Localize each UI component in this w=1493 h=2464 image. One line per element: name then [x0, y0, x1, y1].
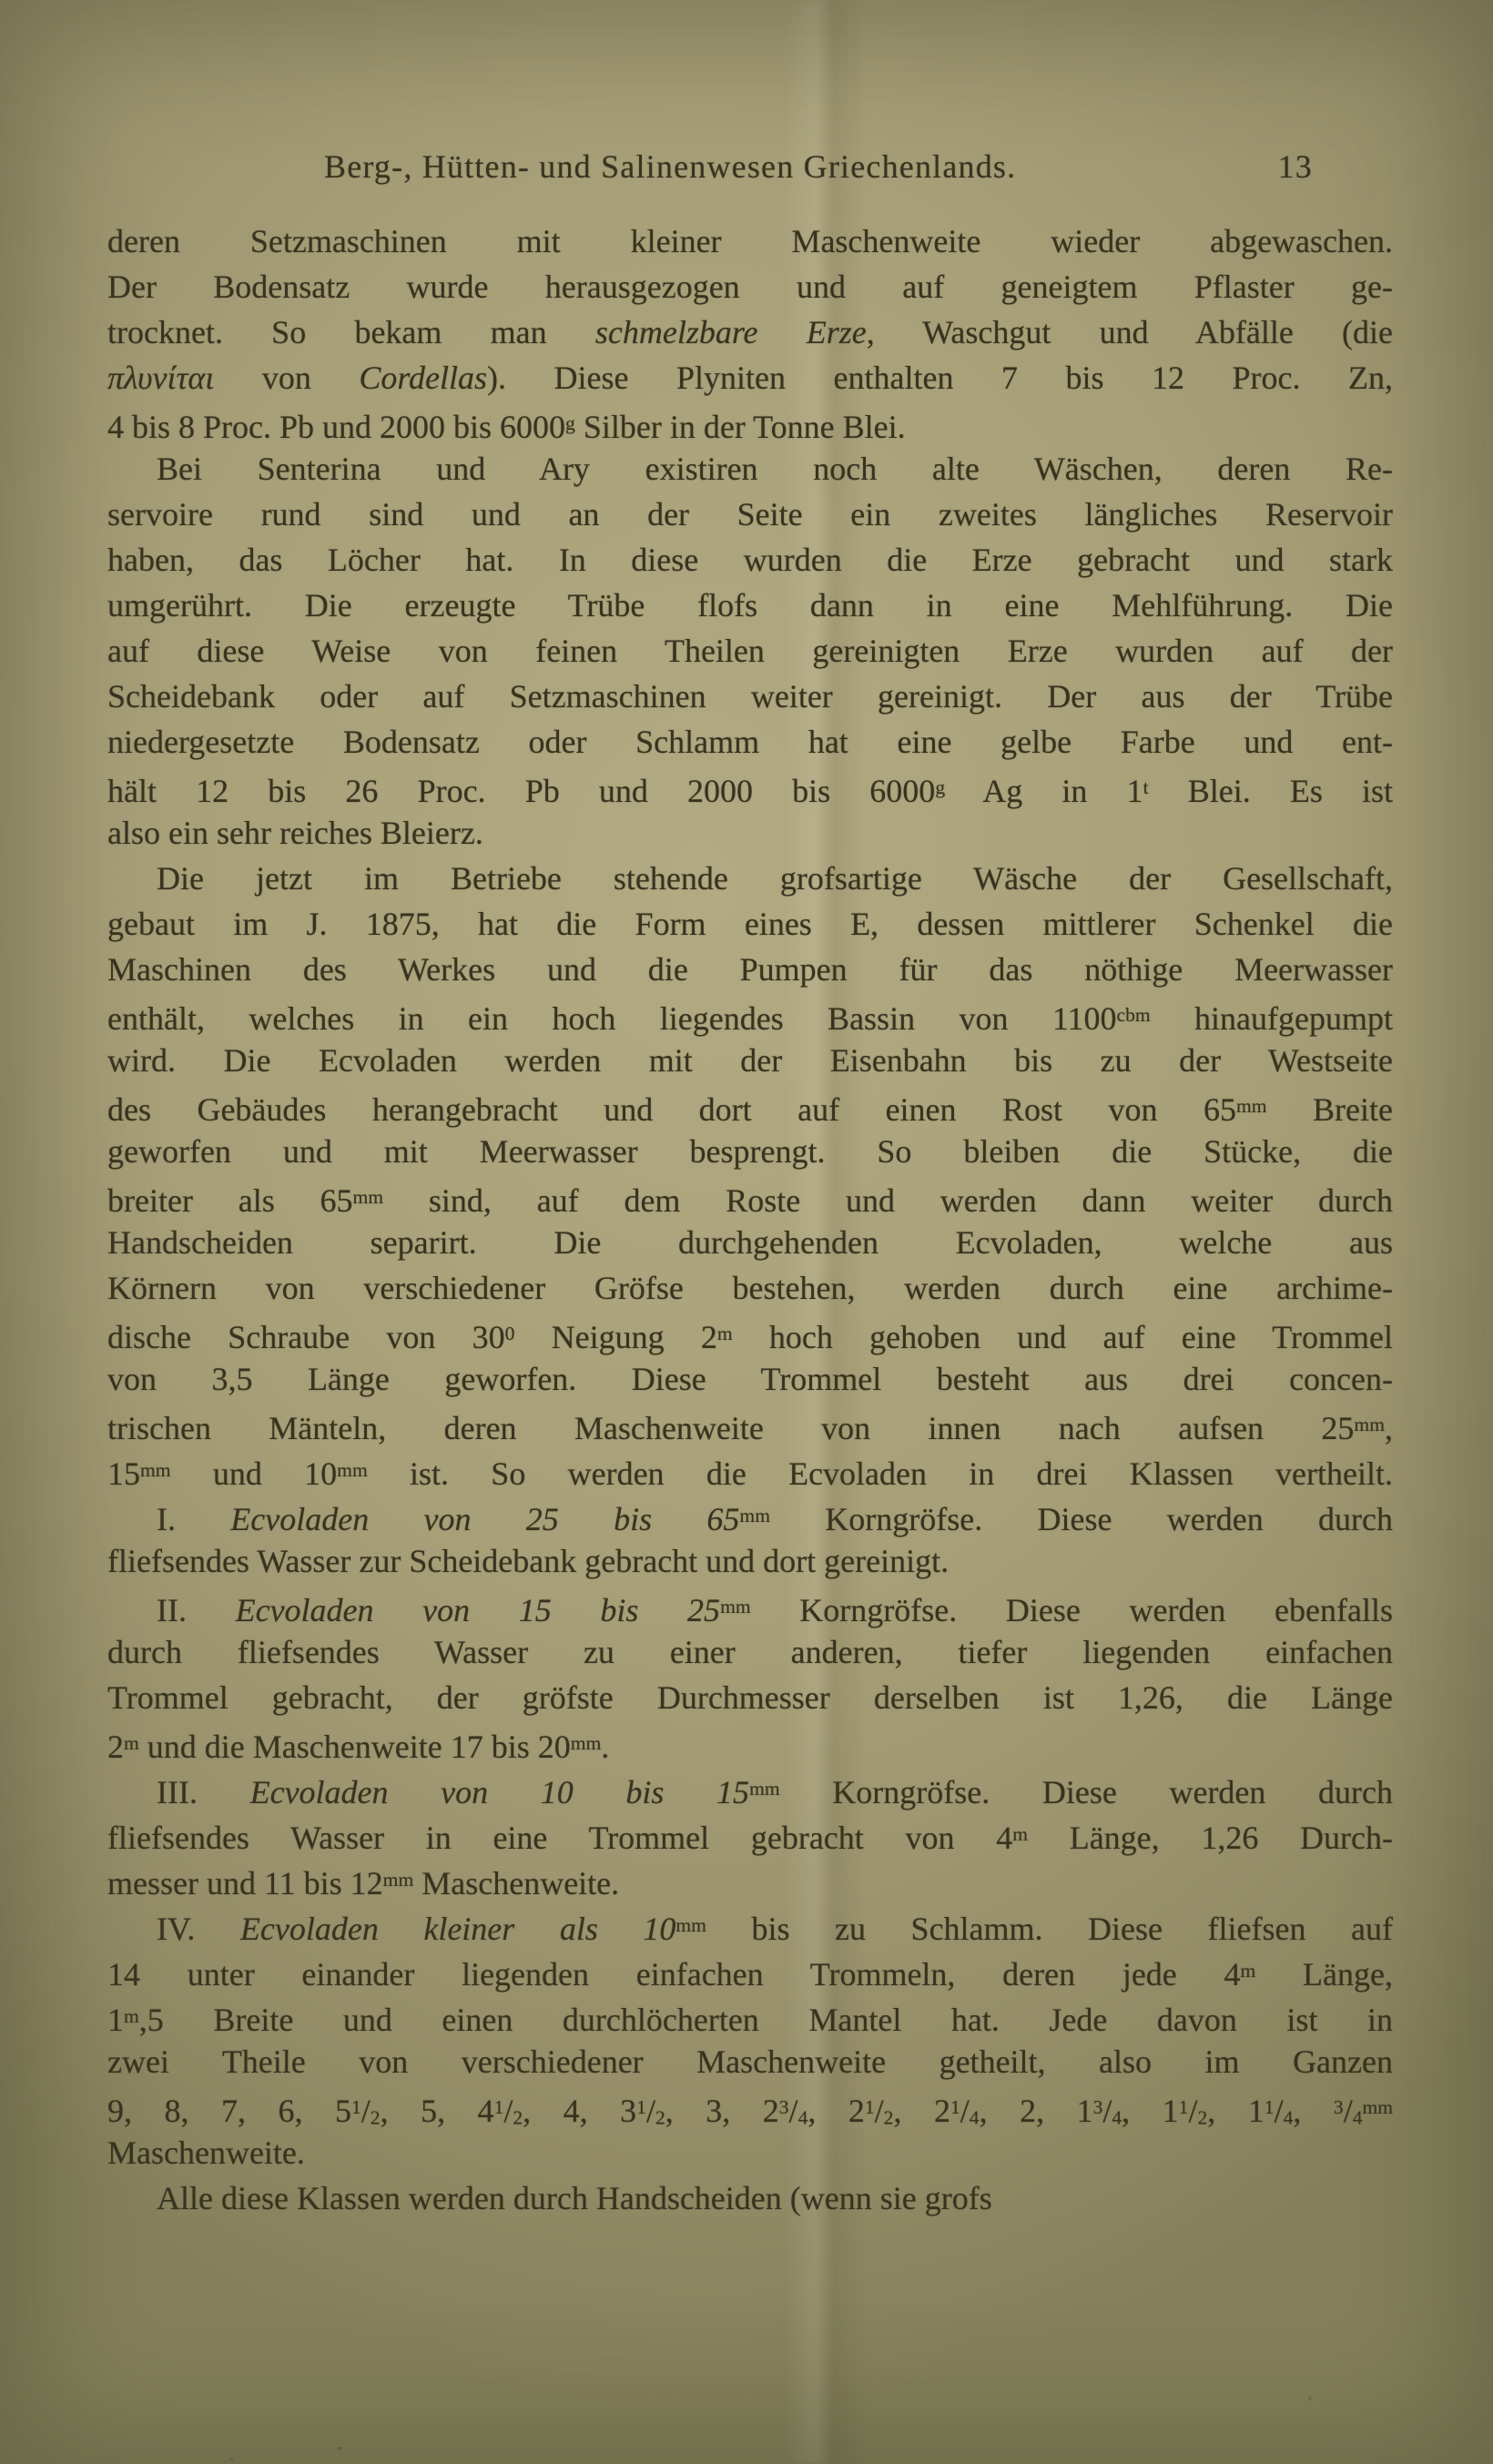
- text-line: πλυνίται von Cordellas). Diese Plyniten …: [107, 355, 1393, 401]
- superscript-text: m: [124, 1732, 139, 1754]
- plain-text: Der Bodensatz wurde herausgezogen und au…: [107, 269, 1393, 305]
- plain-text: servoire rund sind und an der Seite ein …: [107, 496, 1393, 532]
- plain-text: umgerührt. Die erzeugte Trübe flofs dann…: [107, 587, 1393, 624]
- superscript-text: 2: [513, 2107, 523, 2129]
- text-line: IV. Ecvoladen kleiner als 10mm bis zu Sc…: [107, 1902, 1393, 1948]
- text-line: Trommel gebracht, der gröfste Durchmesse…: [107, 1675, 1393, 1720]
- superscript-text: mm: [675, 1914, 706, 1936]
- plain-text: IV.: [157, 1911, 240, 1947]
- superscript-text: 3: [1334, 2096, 1344, 2118]
- running-title: Berg-, Hütten- und Salinenwesen Griechen…: [324, 146, 1016, 188]
- text-line: breiter als 65mm sind, auf dem Roste und…: [107, 1174, 1393, 1220]
- superscript-text: g: [565, 412, 575, 434]
- plain-text: breiter als 65: [107, 1182, 353, 1219]
- plain-text: trocknet. So bekam man: [107, 314, 595, 350]
- superscript-text: 2: [655, 2107, 665, 2129]
- plain-text: Maschenweite.: [107, 2134, 305, 2171]
- plain-text: , 1: [1207, 2093, 1264, 2129]
- plain-text: /: [503, 2093, 513, 2129]
- plain-text: Maschinen des Werkes und die Pumpen für …: [107, 951, 1393, 988]
- scanned-page: Berg-, Hütten- und Salinenwesen Griechen…: [0, 0, 1493, 2464]
- superscript-text: 2: [884, 2107, 894, 2129]
- plain-text: hinaufgepumpt: [1151, 1000, 1393, 1037]
- text-line: Der Bodensatz wurde herausgezogen und au…: [107, 264, 1393, 309]
- superscript-text: m: [717, 1323, 733, 1344]
- superscript-text: 2: [1197, 2107, 1207, 2129]
- plain-text: 4 bis 8 Proc. Pb und 2000 bis 6000: [107, 409, 565, 445]
- superscript-text: 4: [1284, 2107, 1294, 2129]
- plain-text: deren Setzmaschinen mit kleiner Maschenw…: [107, 223, 1393, 259]
- plain-text: Länge, 1,26 Durch-: [1028, 1820, 1393, 1856]
- plain-text: messer und 11 bis 12: [107, 1865, 383, 1901]
- paper-speck: [229, 2458, 234, 2460]
- plain-text: Scheidebank oder auf Setzmaschinen weite…: [107, 678, 1393, 715]
- superscript-text: 1: [351, 2096, 361, 2118]
- page-header: Berg-, Hütten- und Salinenwesen Griechen…: [324, 146, 1313, 188]
- plain-text: des Gebäudes herangebracht und dort auf …: [107, 1091, 1236, 1128]
- text-line: fliefsendes Wasser in eine Trommel gebra…: [107, 1811, 1393, 1857]
- superscript-text: 1: [1179, 2096, 1189, 2118]
- plain-text: , 3, 2: [665, 2093, 779, 2129]
- text-line: dische Schraube von 300 Neigung 2m hoch …: [107, 1311, 1393, 1356]
- text-line: fliefsendes Wasser zur Scheidebank gebra…: [107, 1538, 1393, 1584]
- text-line: 2m und die Maschenweite 17 bis 20mm.: [107, 1720, 1393, 1766]
- plain-text: wird. Die Ecvoladen werden mit der Eisen…: [107, 1042, 1393, 1079]
- text-line: haben, das Löcher hat. In diese wurden d…: [107, 537, 1393, 583]
- superscript-text: m: [124, 2005, 139, 2027]
- plain-text: niedergesetzte Bodensatz oder Schlamm ha…: [107, 724, 1393, 760]
- plain-text: also ein sehr reiches Bleierz.: [107, 815, 483, 851]
- plain-text: von 3,5 Länge geworfen. Diese Trommel be…: [107, 1361, 1393, 1397]
- plain-text: fliefsendes Wasser zur Scheidebank gebra…: [107, 1543, 949, 1579]
- superscript-text: mm: [353, 1186, 384, 1208]
- superscript-text: mm: [739, 1505, 770, 1526]
- superscript-text: 3: [779, 2096, 789, 2118]
- plain-text: I.: [157, 1501, 230, 1537]
- text-line: wird. Die Ecvoladen werden mit der Eisen…: [107, 1038, 1393, 1083]
- plain-text: Ag in 1: [945, 773, 1143, 809]
- text-line: trocknet. So bekam man schmelzbare Erze,…: [107, 309, 1393, 355]
- plain-text: , 4, 3: [523, 2093, 636, 2129]
- plain-text: enthält, welches in ein hoch liegendes B…: [107, 1000, 1116, 1037]
- plain-text: ist. So werden die Ecvoladen in drei Kla…: [368, 1455, 1393, 1492]
- plain-text: auf diese Weise von feinen Theilen gerei…: [107, 633, 1393, 669]
- superscript-text: mm: [571, 1732, 602, 1754]
- emphasized-text: Ecvoladen von 25 bis 65: [230, 1501, 739, 1537]
- superscript-text: 1: [865, 2096, 875, 2118]
- plain-text: ). Diese Plyniten enthalten 7 bis 12 Pro…: [487, 360, 1393, 396]
- plain-text: sind, auf dem Roste und werden dann weit…: [383, 1182, 1393, 1219]
- plain-text: dische Schraube von 30: [107, 1319, 505, 1355]
- superscript-text: mm: [1236, 1095, 1267, 1117]
- text-line: zwei Theile von verschiedener Maschenwei…: [107, 2039, 1393, 2084]
- superscript-text: mm: [1363, 2096, 1394, 2118]
- text-line: servoire rund sind und an der Seite ein …: [107, 492, 1393, 537]
- superscript-text: 4: [798, 2107, 808, 2129]
- plain-text: gebaut im J. 1875, hat die Form eines E,…: [107, 906, 1393, 942]
- superscript-text: 1: [1264, 2096, 1275, 2118]
- plain-text: , 5, 4: [381, 2093, 494, 2129]
- plain-text: , Waschgut und Abfälle (die: [867, 314, 1393, 350]
- plain-text: 2: [107, 1729, 124, 1765]
- emphasized-text: πλυνίται: [107, 360, 214, 396]
- plain-text: Körnern von verschiedener Gröfse bestehe…: [107, 1270, 1393, 1306]
- text-line: niedergesetzte Bodensatz oder Schlamm ha…: [107, 719, 1393, 765]
- superscript-text: 4: [1353, 2107, 1363, 2129]
- plain-text: ,: [1385, 1410, 1393, 1446]
- superscript-text: 4: [1112, 2107, 1122, 2129]
- plain-text: Handscheiden separirt. Die durchgehenden…: [107, 1224, 1393, 1261]
- text-line: auf diese Weise von feinen Theilen gerei…: [107, 628, 1393, 674]
- plain-text: /: [1188, 2093, 1197, 2129]
- superscript-text: mm: [749, 1778, 780, 1800]
- plain-text: Korngröfse. Diese werden ebenfalls: [751, 1592, 1393, 1628]
- text-line: 14 unter einander liegenden einfachen Tr…: [107, 1948, 1393, 1993]
- text-line: 1m,5 Breite und einen durchlöcherten Man…: [107, 1993, 1393, 2039]
- text-line: Scheidebank oder auf Setzmaschinen weite…: [107, 674, 1393, 719]
- text-line: Maschinen des Werkes und die Pumpen für …: [107, 947, 1393, 992]
- text-line: deren Setzmaschinen mit kleiner Maschenw…: [107, 218, 1393, 264]
- text-line: Maschenweite.: [107, 2130, 1393, 2175]
- superscript-text: mm: [140, 1459, 171, 1481]
- plain-text: Die jetzt im Betriebe stehende grofsarti…: [157, 860, 1393, 897]
- plain-text: /: [646, 2093, 655, 2129]
- plain-text: hoch gehoben und auf eine Trommel: [733, 1319, 1393, 1355]
- text-line: also ein sehr reiches Bleierz.: [107, 810, 1393, 856]
- plain-text: Blei. Es ist: [1149, 773, 1393, 809]
- emphasized-text: Cordellas: [359, 360, 487, 396]
- plain-text: /: [1275, 2093, 1284, 2129]
- page-number: 13: [1278, 146, 1313, 188]
- plain-text: von: [214, 360, 359, 396]
- plain-text: Korngröfse. Diese werden durch: [780, 1774, 1393, 1810]
- superscript-text: mm: [720, 1596, 751, 1617]
- plain-text: , 2, 1: [980, 2093, 1093, 2129]
- plain-text: trischen Mänteln, deren Maschenweite von…: [107, 1410, 1354, 1446]
- text-line: Bei Senterina und Ary existiren noch alt…: [107, 446, 1393, 492]
- plain-text: Breite: [1267, 1091, 1393, 1128]
- plain-text: ,5 Breite und einen durchlöcherten Mante…: [139, 2002, 1393, 2038]
- superscript-text: g: [935, 776, 945, 798]
- plain-text: , 2: [807, 2093, 865, 2129]
- plain-text: II.: [157, 1592, 236, 1628]
- text-line: Körnern von verschiedener Gröfse bestehe…: [107, 1265, 1393, 1311]
- plain-text: 9, 8, 7, 6, 5: [107, 2093, 351, 2129]
- plain-text: zwei Theile von verschiedener Maschenwei…: [107, 2043, 1393, 2080]
- plain-text: 15: [107, 1455, 140, 1492]
- text-line: messer und 11 bis 12mm Maschenweite.: [107, 1857, 1393, 1902]
- text-line: des Gebäudes herangebracht und dort auf …: [107, 1083, 1393, 1129]
- text-line: hält 12 bis 26 Proc. Pb und 2000 bis 600…: [107, 765, 1393, 810]
- plain-text: hält 12 bis 26 Proc. Pb und 2000 bis 600…: [107, 773, 935, 809]
- superscript-text: 4: [970, 2107, 980, 2129]
- text-line: I. Ecvoladen von 25 bis 65mm Korngröfse.…: [107, 1493, 1393, 1538]
- plain-text: haben, das Löcher hat. In diese wurden d…: [107, 542, 1393, 578]
- superscript-text: 1: [636, 2096, 646, 2118]
- superscript-text: mm: [337, 1459, 368, 1481]
- plain-text: /: [1102, 2093, 1112, 2129]
- superscript-text: m: [1012, 1823, 1028, 1845]
- text-line: von 3,5 Länge geworfen. Diese Trommel be…: [107, 1356, 1393, 1402]
- plain-text: III.: [157, 1774, 250, 1810]
- plain-text: Bei Senterina und Ary existiren noch alt…: [157, 451, 1393, 487]
- plain-text: fliefsendes Wasser in eine Trommel gebra…: [107, 1820, 1012, 1856]
- plain-text: Neigung 2: [514, 1319, 716, 1355]
- plain-text: /: [960, 2093, 970, 2129]
- superscript-text: 1: [950, 2096, 960, 2118]
- text-line: geworfen und mit Meerwasser besprengt. S…: [107, 1129, 1393, 1174]
- text-line: gebaut im J. 1875, hat die Form eines E,…: [107, 901, 1393, 947]
- plain-text: , 2: [893, 2093, 950, 2129]
- text-line: trischen Mänteln, deren Maschenweite von…: [107, 1402, 1393, 1447]
- plain-text: , 1: [1122, 2093, 1179, 2129]
- plain-text: und die Maschenweite 17 bis 20: [139, 1729, 571, 1765]
- plain-text: durch fliefsendes Wasser zu einer andere…: [107, 1634, 1393, 1670]
- plain-text: Silber in der Tonne Blei.: [575, 409, 906, 445]
- text-line: Handscheiden separirt. Die durchgehenden…: [107, 1220, 1393, 1265]
- plain-text: Korngröfse. Diese werden durch: [770, 1501, 1393, 1537]
- text-line: 4 bis 8 Proc. Pb und 2000 bis 6000g Silb…: [107, 401, 1393, 446]
- superscript-text: 0: [505, 1323, 515, 1344]
- plain-text: 14 unter einander liegenden einfachen Tr…: [107, 1956, 1241, 1992]
- emphasized-text: schmelzbare Erze: [595, 314, 867, 350]
- superscript-text: m: [1241, 1960, 1256, 1982]
- plain-text: Trommel gebracht, der gröfste Durchmesse…: [107, 1679, 1393, 1716]
- plain-text: und 10: [171, 1455, 338, 1492]
- paper-speck: [337, 2447, 342, 2450]
- text-line: durch fliefsendes Wasser zu einer andere…: [107, 1629, 1393, 1675]
- text-line: 9, 8, 7, 6, 51/2, 5, 41/2, 4, 31/2, 3, 2…: [107, 2084, 1393, 2130]
- text-line: Die jetzt im Betriebe stehende grofsarti…: [107, 856, 1393, 901]
- superscript-text: 3: [1093, 2096, 1103, 2118]
- plain-text: /: [361, 2093, 371, 2129]
- plain-text: bis zu Schlamm. Diese fliefsen auf: [706, 1911, 1393, 1947]
- superscript-text: mm: [1354, 1414, 1385, 1435]
- paper-speck: [1308, 2397, 1312, 2400]
- emphasized-text: Ecvoladen kleiner als 10: [240, 1911, 675, 1947]
- plain-text: geworfen und mit Meerwasser besprengt. S…: [107, 1133, 1393, 1170]
- text-line: enthält, welches in ein hoch liegendes B…: [107, 992, 1393, 1038]
- text-line: II. Ecvoladen von 15 bis 25mm Korngröfse…: [107, 1584, 1393, 1629]
- superscript-text: mm: [383, 1869, 414, 1891]
- body-text: deren Setzmaschinen mit kleiner Maschenw…: [107, 218, 1393, 2221]
- text-line: III. Ecvoladen von 10 bis 15mm Korngröfs…: [107, 1766, 1393, 1811]
- emphasized-text: Ecvoladen von 10 bis 15: [250, 1774, 749, 1810]
- plain-text: ,: [1293, 2093, 1334, 2129]
- plain-text: 1: [107, 2002, 124, 2038]
- text-line: umgerührt. Die erzeugte Trübe flofs dann…: [107, 583, 1393, 628]
- plain-text: Maschenweite.: [413, 1865, 619, 1901]
- plain-text: Alle diese Klassen werden durch Handsche…: [157, 2180, 992, 2216]
- superscript-text: cbm: [1116, 1004, 1150, 1026]
- superscript-text: 1: [494, 2096, 504, 2118]
- plain-text: /: [875, 2093, 884, 2129]
- text-line: 15mm und 10mm ist. So werden die Ecvolad…: [107, 1447, 1393, 1493]
- plain-text: /: [789, 2093, 798, 2129]
- text-line: Alle diese Klassen werden durch Handsche…: [107, 2175, 1393, 2221]
- superscript-text: 2: [371, 2107, 381, 2129]
- plain-text: /: [1344, 2093, 1353, 2129]
- emphasized-text: Ecvoladen von 15 bis 25: [236, 1592, 720, 1628]
- plain-text: .: [601, 1729, 609, 1765]
- plain-text: Länge,: [1255, 1956, 1393, 1992]
